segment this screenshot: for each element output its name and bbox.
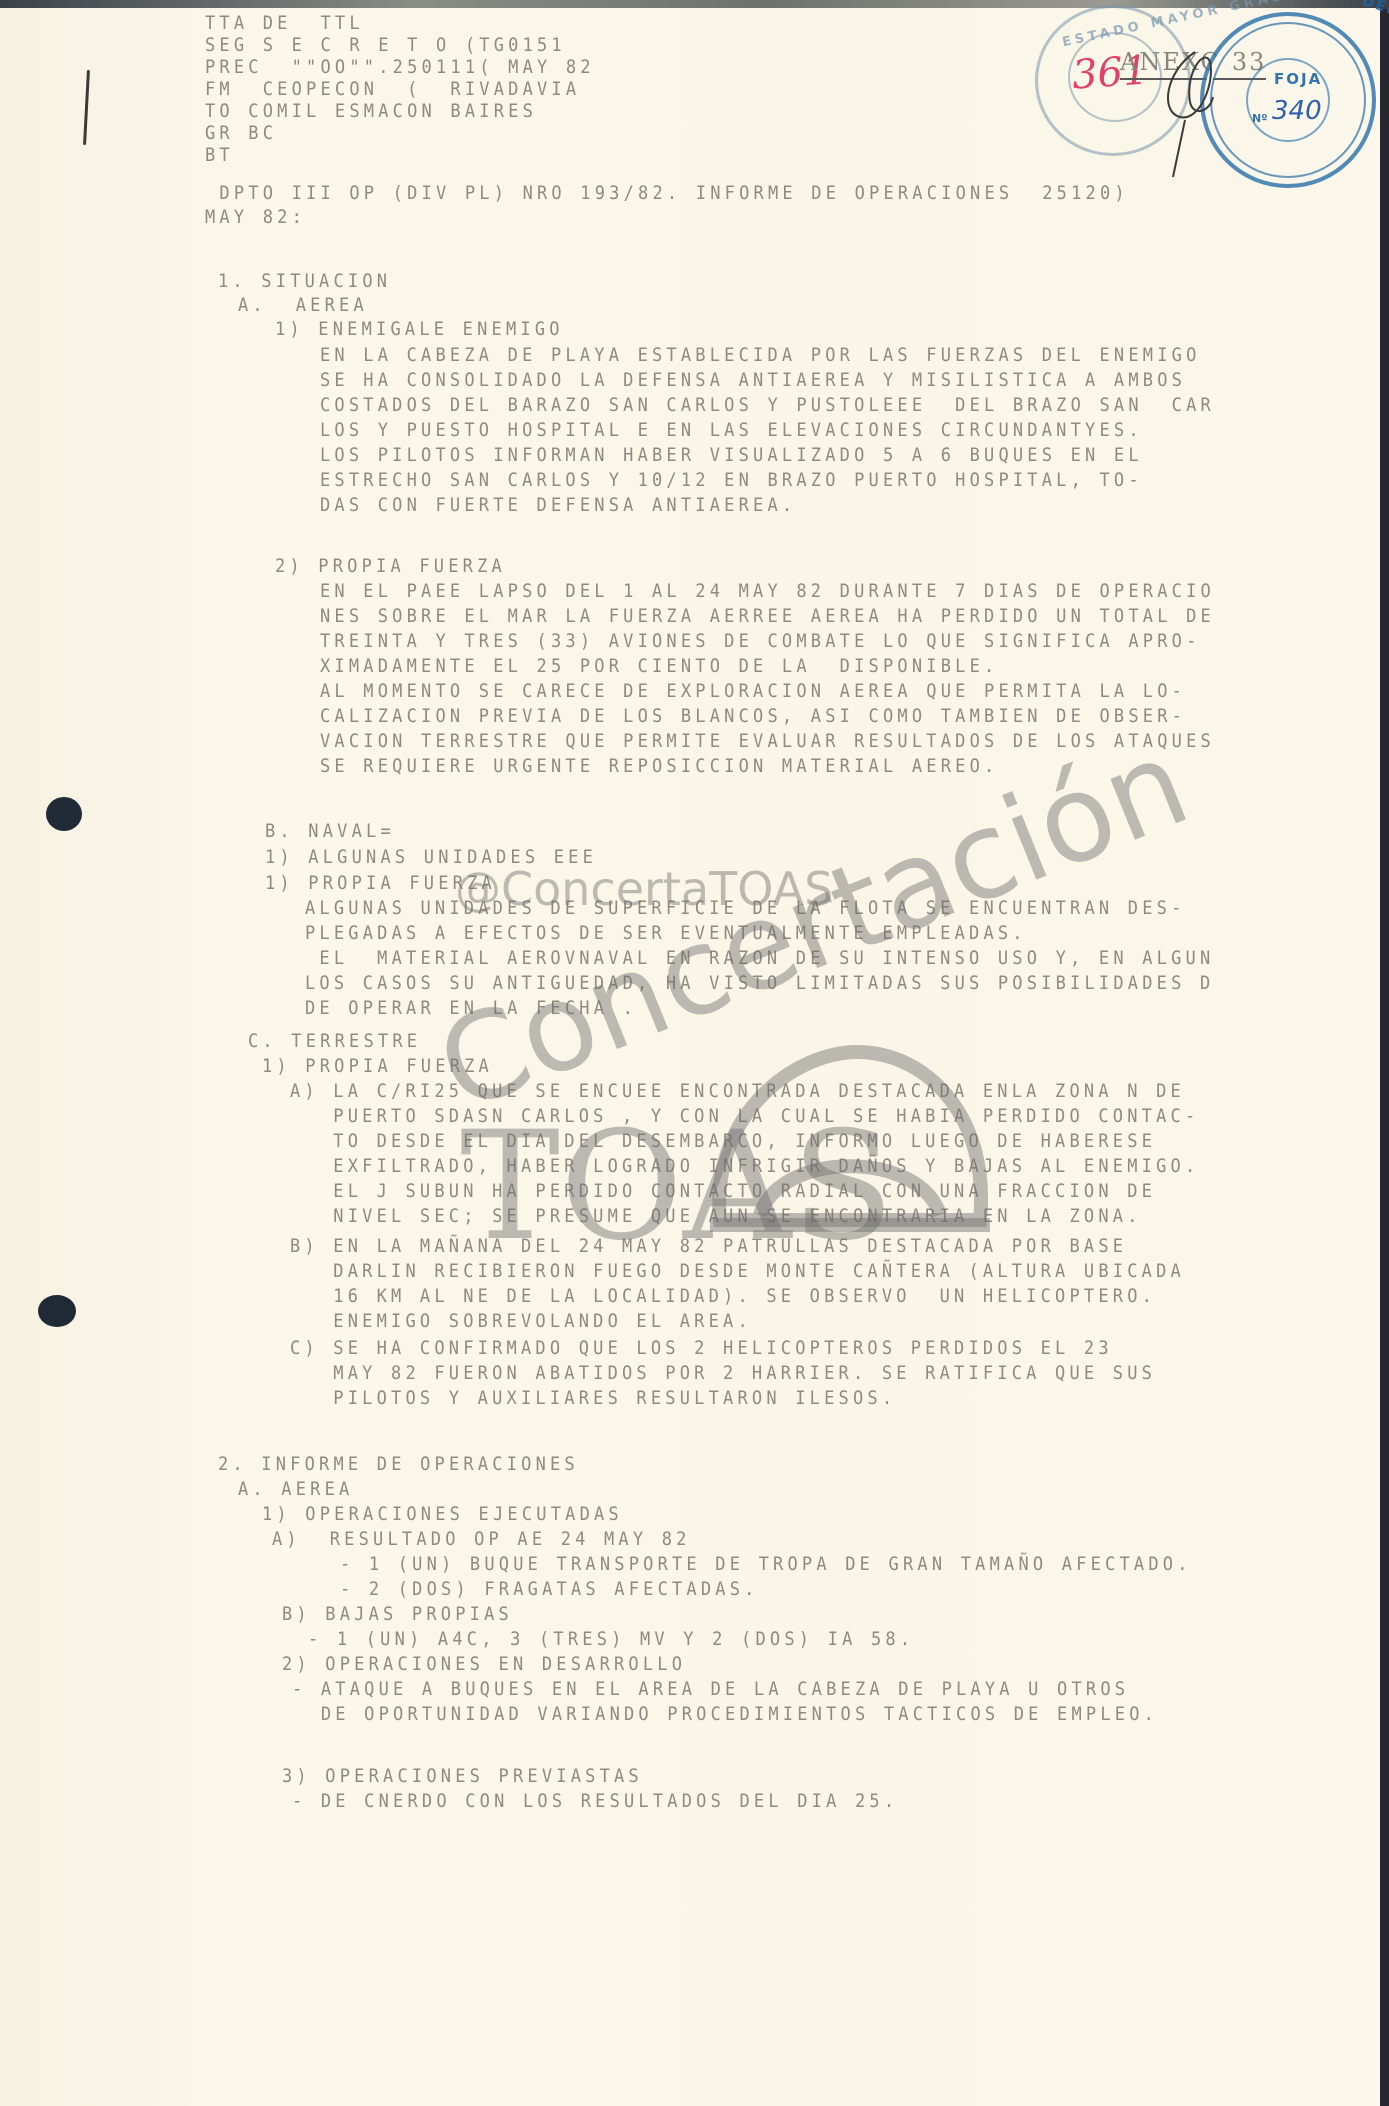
text-line: XIMADAMENTE EL 25 POR CIENTO DE LA DISPO… [320,655,998,677]
text-line: 16 KM AL NE DE LA LOCALIDAD). SE OBSERVO… [290,1285,1156,1307]
text-line: SE HA CONSOLIDADO LA DEFENSA ANTIAEREA Y… [320,369,1186,391]
section-1a-title: A. AEREA [238,294,368,316]
signature-initials [1155,42,1225,182]
punch-hole-upper [46,797,82,831]
text-line: VACION TERRESTRE QUE PERMITE EVALUAR RES… [320,730,1215,752]
section-2a-title: A. AEREA [238,1478,353,1500]
header-line-1: TTA DE TTL [205,12,364,34]
punch-hole-lower [38,1295,76,1327]
text-line: PLEGADAS A EFECTOS DE SER EVENTUALMENTE … [305,922,1027,944]
section-2a1-title: 1) OPERACIONES EJECUTADAS [262,1503,623,1525]
text-line: LOS Y PUESTO HOSPITAL E EN LAS ELEVACION… [320,419,1143,441]
text-line: DAS CON FUERTE DEFENSA ANTIAEREA. [320,494,796,516]
foja-prefix: Nº [1252,112,1267,125]
foja-label: FOJA [1274,70,1322,88]
section-1a1-title: 1) ENEMIGALE ENEMIGO [275,318,564,340]
section-1b-title: B. NAVAL= [265,820,395,842]
section-1c-title: C. TERRESTRE [248,1030,421,1052]
text-line: - DE CNERDO CON LOS RESULTADOS DEL DIA 2… [292,1790,898,1812]
text-line: CALIZACION PREVIA DE LOS BLANCOS, ASI CO… [320,705,1186,727]
header-line-3: PREC ""OO"".250111( MAY 82 [205,56,595,78]
text-line: LOS CASOS SU ANTIGUEDAD, HA VISTO LIMITA… [305,972,1214,994]
text-line: C) SE HA CONFIRMADO QUE LOS 2 HELICOPTER… [290,1337,1113,1359]
text-line: AL MOMENTO SE CARECE DE EXPLORACION AERE… [320,680,1186,702]
subject-line-2: MAY 82: [205,206,306,228]
section-2a1b-title: B) BAJAS PROPIAS [282,1603,513,1625]
section-2a1a-title: A) RESULTADO OP AE 24 MAY 82 [272,1528,691,1550]
subject-line-1: DPTO III OP (DIV PL) NRO 193/82. INFORME… [205,182,1129,204]
section-1a2-title: 2) PROPIA FUERZA [275,555,506,577]
text-line: TREINTA Y TRES (33) AVIONES DE COMBATE L… [320,630,1201,652]
header-line-7: BT [205,144,234,166]
text-line: ESTRECHO SAN CARLOS Y 10/12 EN BRAZO PUE… [320,469,1143,491]
section-2-title: 2. INFORME DE OPERACIONES [218,1453,579,1475]
text-line: - ATAQUE A BUQUES EN EL AREA DE LA CABEZ… [292,1678,1129,1700]
section-2a3-title: 3) OPERACIONES PREVIASTAS [282,1765,643,1787]
watermark-helmet-icon [690,1040,1010,1240]
section-1c1-title: 1) PROPIA FUERZA [262,1055,493,1077]
text-line: ALGUNAS UNIDADES DE SUPERFICIE DE LA FLO… [305,897,1186,919]
header-line-6: GR BC [205,122,277,144]
header-line-4: FM CEOPECON ( RIVADAVIA [205,78,580,100]
text-line: EN LA CABEZA DE PLAYA ESTABLECIDA POR LA… [320,344,1201,366]
header-line-5: TO COMIL ESMACON BAIRES [205,100,537,122]
text-line: EN EL PAEE LAPSO DEL 1 AL 24 MAY 82 DURA… [320,580,1215,602]
text-line: - 1 (UN) BUQUE TRANSPORTE DE TROPA DE GR… [340,1553,1192,1575]
section-1b2-title: 1) PROPIA FUERZA [265,872,496,894]
text-line: - 2 (DOS) FRAGATAS AFECTADAS. [340,1578,759,1600]
text-line: PILOTOS Y AUXILIARES RESULTARON ILESOS. [290,1387,896,1409]
section-1-title: 1. SITUACION [218,270,391,292]
section-1b1-title: 1) ALGUNAS UNIDADES EEE [265,846,597,868]
text-line: COSTADOS DEL BARAZO SAN CARLOS Y PUSTOLE… [320,394,1215,416]
text-line: DE OPORTUNIDAD VARIANDO PROCEDIMIENTOS T… [292,1703,1158,1725]
text-line: LOS PILOTOS INFORMAN HABER VISUALIZADO 5… [320,444,1143,466]
header-line-2: SEG S E C R E T O (TG0151 [205,34,566,56]
text-line: EL MATERIAL AEROVNAVAL EN RAZON DE SU IN… [305,947,1214,969]
section-2a2-title: 2) OPERACIONES EN DESARROLLO [282,1653,686,1675]
text-line: ENEMIGO SOBREVOLANDO EL AREA. [290,1310,752,1332]
text-line: DE OPERAR EN LA FECHA . [305,997,637,1019]
text-line: DARLIN RECIBIERON FUEGO DESDE MONTE CAÑT… [290,1260,1185,1282]
text-line: - 1 (UN) A4C, 3 (TRES) MV Y 2 (DOS) IA 5… [308,1628,914,1650]
text-line: NES SOBRE EL MAR LA FUERZA AERREE AEREA … [320,605,1215,627]
text-line: MAY 82 FUERON ABATIDOS POR 2 HARRIER. SE… [290,1362,1156,1384]
text-line: SE REQUIERE URGENTE REPOSICCION MATERIAL… [320,755,998,777]
foja-number: 340 [1272,96,1322,126]
